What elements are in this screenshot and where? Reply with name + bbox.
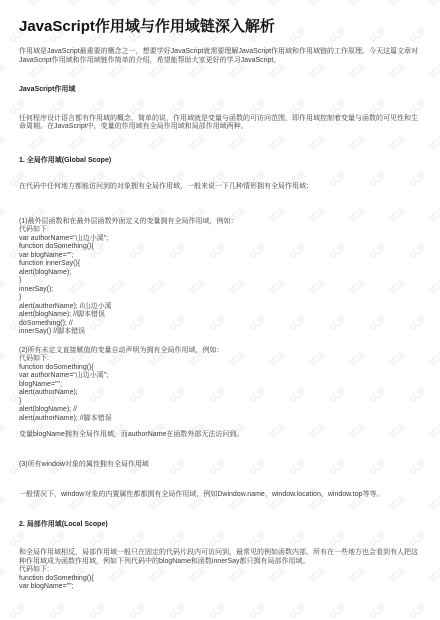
global-case3-paragraph: 一般情况下，window对象的内置属性都都拥有全局作用域，例如Dwindow.n… — [19, 491, 421, 500]
section-heading-javascript-scope: JavaScript作用域 — [19, 86, 421, 95]
global-case2-code: function doSomething(){ var authorName="… — [19, 364, 421, 424]
watermark-text: 试读 — [406, 600, 428, 620]
watermark-text: 试读 — [206, 600, 228, 620]
subsection-heading-local-scope: 2. 局部作用域(Local Scope) — [19, 521, 421, 530]
intro-paragraph: 作用域是JavaScript最重要的概念之一，想要学好JavaScript就需要… — [19, 48, 421, 65]
watermark-text: 试读 — [366, 600, 388, 620]
global-case1-block: (1)最外层函数和在最外层函数外面定义的变量拥有全局作用域，例如： 代码如下: … — [19, 218, 421, 337]
global-case1-code: var authorName="山边小溪"; function doSometh… — [19, 235, 421, 337]
watermark-text: 试读 — [6, 600, 28, 620]
global-case2-code-label: 代码如下: — [19, 355, 421, 364]
watermark-text: 试读 — [326, 600, 348, 620]
watermark-text: 试读 — [86, 600, 108, 620]
watermark-text: 试读 — [126, 600, 148, 620]
watermark-text: 试读 — [166, 600, 188, 620]
global-case3-intro: (3)所有window对象的属性拥有全局作用域 — [19, 461, 421, 470]
local-scope-paragraph: 和全局作用域相反，局部作用域一般只在固定的代码片段内可访问到，最常见的例如函数内… — [19, 549, 421, 566]
page-title: JavaScript作用域与作用域链深入解析 — [19, 19, 421, 34]
global-scope-paragraph: 在代码中任何地方都能访问到的对象拥有全局作用域，一般来说一下几种情形拥有全局作用… — [19, 183, 421, 192]
global-case1-intro: (1)最外层函数和在最外层函数外面定义的变量拥有全局作用域，例如： — [19, 218, 421, 227]
document-content: JavaScript作用域与作用域链深入解析 作用域是JavaScript最重要… — [0, 0, 440, 592]
scope-definition-paragraph: 任何程序设计语言都有作用域的概念，简单的说，作用域就是变量与函数的可访问范围，即… — [19, 115, 421, 132]
local-scope-code: function doSomething(){ var blogName=""; — [19, 575, 421, 592]
document-page: 试读试读试读试读试读试读试读试读试读试读试读试读试读试读试读试读试读试读试读试读… — [0, 0, 440, 620]
global-case2-block: (2)所有未定义直接赋值的变量自动声明为拥有全局作用域，例如： 代码如下: fu… — [19, 347, 421, 424]
local-scope-code-label: 代码如下: — [19, 566, 421, 575]
watermark-text: 试读 — [246, 600, 268, 620]
watermark-text: 试读 — [286, 600, 308, 620]
local-scope-block: 和全局作用域相反，局部作用域一般只在固定的代码片段内可访问到，最常见的例如函数内… — [19, 549, 421, 592]
global-case2-note: 变量blogName拥有全局作用域，而authorName在函数外部无法访问到。 — [19, 431, 421, 440]
global-case2-intro: (2)所有未定义直接赋值的变量自动声明为拥有全局作用域，例如： — [19, 347, 421, 356]
subsection-heading-global-scope: 1. 全局作用域(Global Scope) — [19, 157, 421, 166]
watermark-text: 试读 — [46, 600, 68, 620]
global-case1-code-label: 代码如下: — [19, 226, 421, 235]
